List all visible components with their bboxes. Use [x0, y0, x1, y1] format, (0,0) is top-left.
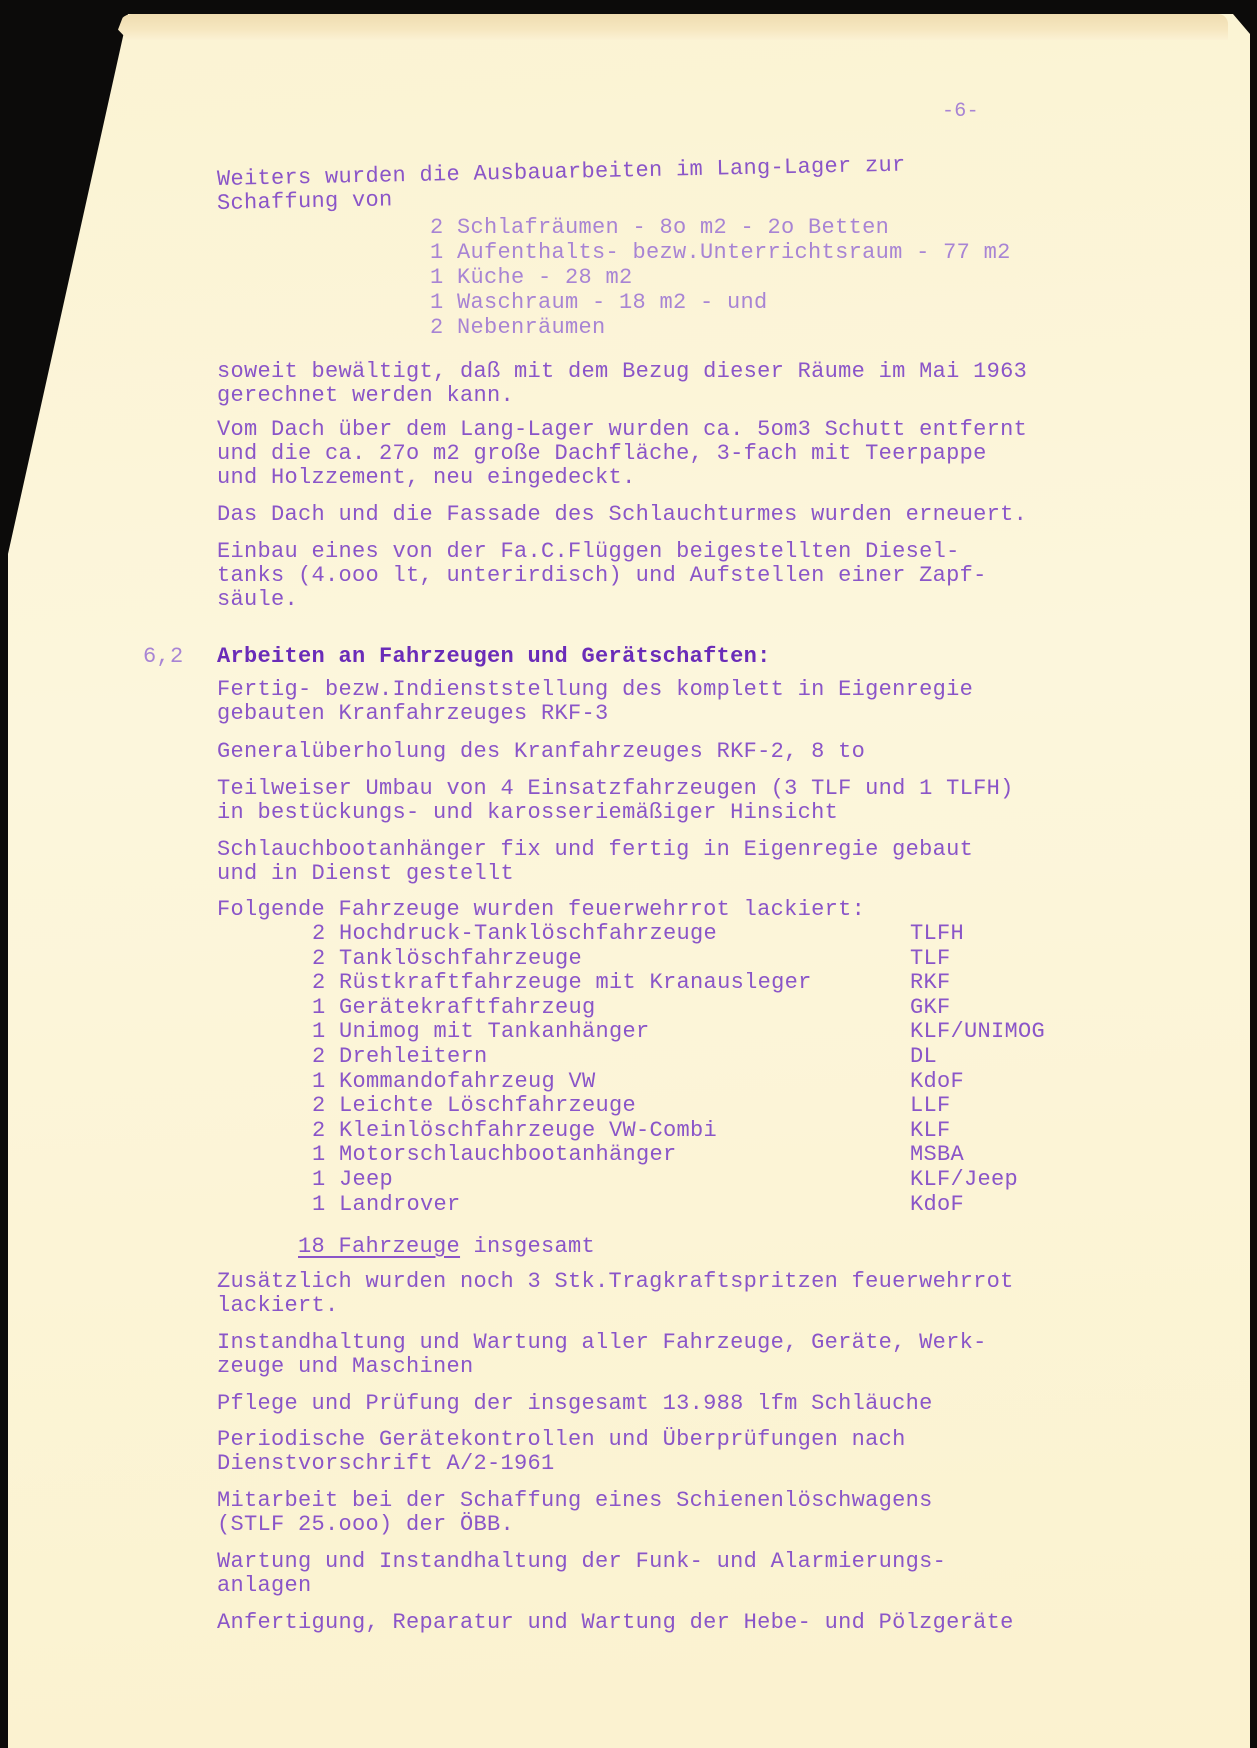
- vehicle-desc: 2 Tanklöschfahrzeuge: [312, 947, 582, 971]
- vehicle-code: DL: [910, 1045, 937, 1069]
- intro-line-2: Schaffung von: [217, 188, 393, 216]
- painted-intro: Folgende Fahrzeuge wurden feuerwehrrot l…: [217, 898, 865, 922]
- paragraph-line: Das Dach und die Fassade des Schlauchtur…: [217, 503, 1027, 527]
- after-item-line: Zusätzlich wurden noch 3 Stk.Tragkraftsp…: [217, 1270, 1014, 1294]
- work-item-line: Teilweiser Umbau von 4 Einsatzfahrzeugen…: [217, 777, 1014, 801]
- after-item-line: Anfertigung, Reparatur und Wartung der H…: [217, 1611, 1014, 1635]
- room-item: 2 Schlafräumen - 8o m2 - 2o Betten: [430, 216, 889, 240]
- vehicle-desc: 2 Rüstkraftfahrzeuge mit Kranausleger: [312, 971, 812, 995]
- after-item-line: Wartung und Instandhaltung der Funk- und…: [217, 1550, 946, 1574]
- vehicle-code: RKF: [910, 971, 951, 995]
- room-item: 1 Küche - 28 m2: [430, 266, 633, 290]
- conclusion-line-1: soweit bewältigt, daß mit dem Bezug dies…: [217, 360, 1027, 384]
- work-item-line: gebauten Kranfahrzeuges RKF-3: [217, 702, 609, 726]
- vehicle-total-count: 18 Fahrzeuge: [298, 1234, 460, 1259]
- vehicle-desc: 1 Landrover: [312, 1193, 461, 1217]
- after-item-line: Pflege und Prüfung der insgesamt 13.988 …: [217, 1392, 933, 1416]
- vehicle-desc: 2 Leichte Löschfahrzeuge: [312, 1094, 636, 1118]
- vehicle-desc: 1 Motorschlauchbootanhänger: [312, 1143, 677, 1167]
- work-item-line: Fertig- bezw.Indienststellung des komple…: [217, 678, 973, 702]
- vehicle-desc: 1 Gerätekraftfahrzeug: [312, 996, 596, 1020]
- room-item: 1 Waschraum - 18 m2 - und: [430, 291, 768, 315]
- paragraph-line: säule.: [217, 588, 298, 612]
- work-item-line: Schlauchbootanhänger fix und fertig in E…: [217, 838, 973, 862]
- vehicle-desc: 1 Unimog mit Tankanhänger: [312, 1020, 650, 1044]
- vehicle-code: KLF/Jeep: [910, 1168, 1018, 1192]
- paragraph-line: und die ca. 27o m2 große Dachfläche, 3-f…: [217, 442, 987, 466]
- work-item-line: in bestückungs- und karosseriemäßiger Hi…: [217, 801, 838, 825]
- vehicle-code: KdoF: [910, 1193, 964, 1217]
- paragraph-line: Vom Dach über dem Lang-Lager wurden ca. …: [217, 418, 1027, 442]
- paragraph-line: Einbau eines von der Fa.C.Flüggen beiges…: [217, 540, 960, 564]
- vehicle-desc: 1 Jeep: [312, 1168, 393, 1192]
- vehicle-code: KLF/UNIMOG: [910, 1020, 1045, 1044]
- section-number: 6,2: [143, 645, 184, 669]
- after-item-line: Instandhaltung und Wartung aller Fahrzeu…: [217, 1331, 987, 1355]
- vehicle-code: LLF: [910, 1094, 951, 1118]
- section-heading: Arbeiten an Fahrzeugen und Gerätschaften…: [217, 645, 771, 669]
- after-item-line: Periodische Gerätekontrollen und Überprü…: [217, 1428, 906, 1452]
- vehicle-code: KLF: [910, 1119, 951, 1143]
- vehicle-code: KdoF: [910, 1070, 964, 1094]
- after-item-line: lackiert.: [217, 1294, 339, 1318]
- vehicle-desc: 1 Kommandofahrzeug VW: [312, 1070, 596, 1094]
- room-item: 2 Nebenräumen: [430, 316, 606, 340]
- after-item-line: zeuge und Maschinen: [217, 1355, 474, 1379]
- vehicle-total: 18 Fahrzeuge insgesamt: [298, 1235, 595, 1259]
- vehicle-code: MSBA: [910, 1143, 964, 1167]
- work-item-line: und in Dienst gestellt: [217, 862, 514, 886]
- after-item-line: Mitarbeit bei der Schaffung eines Schien…: [217, 1489, 933, 1513]
- after-item-line: anlagen: [217, 1574, 312, 1598]
- room-item: 1 Aufenthalts- bezw.Unterrichtsraum - 77…: [430, 241, 1011, 265]
- folded-top-edge: [118, 14, 1228, 40]
- vehicle-code: GKF: [910, 996, 951, 1020]
- vehicle-total-label: insgesamt: [460, 1234, 595, 1259]
- conclusion-line-2: gerechnet werden kann.: [217, 384, 514, 408]
- page-number: -6-: [942, 100, 979, 124]
- vehicle-desc: 2 Drehleitern: [312, 1045, 488, 1069]
- paragraph-line: und Holzzement, neu eingedeckt.: [217, 466, 636, 490]
- vehicle-code: TLFH: [910, 922, 964, 946]
- vehicle-code: TLF: [910, 947, 951, 971]
- vehicle-desc: 2 Hochdruck-Tanklöschfahrzeuge: [312, 922, 717, 946]
- after-item-line: Dienstvorschrift A/2-1961: [217, 1452, 555, 1476]
- paragraph-line: tanks (4.ooo lt, unterirdisch) und Aufst…: [217, 564, 987, 588]
- vehicle-desc: 2 Kleinlöschfahrzeuge VW-Combi: [312, 1119, 717, 1143]
- after-item-line: (STLF 25.ooo) der ÖBB.: [217, 1513, 514, 1537]
- work-item-line: Generalüberholung des Kranfahrzeuges RKF…: [217, 740, 865, 764]
